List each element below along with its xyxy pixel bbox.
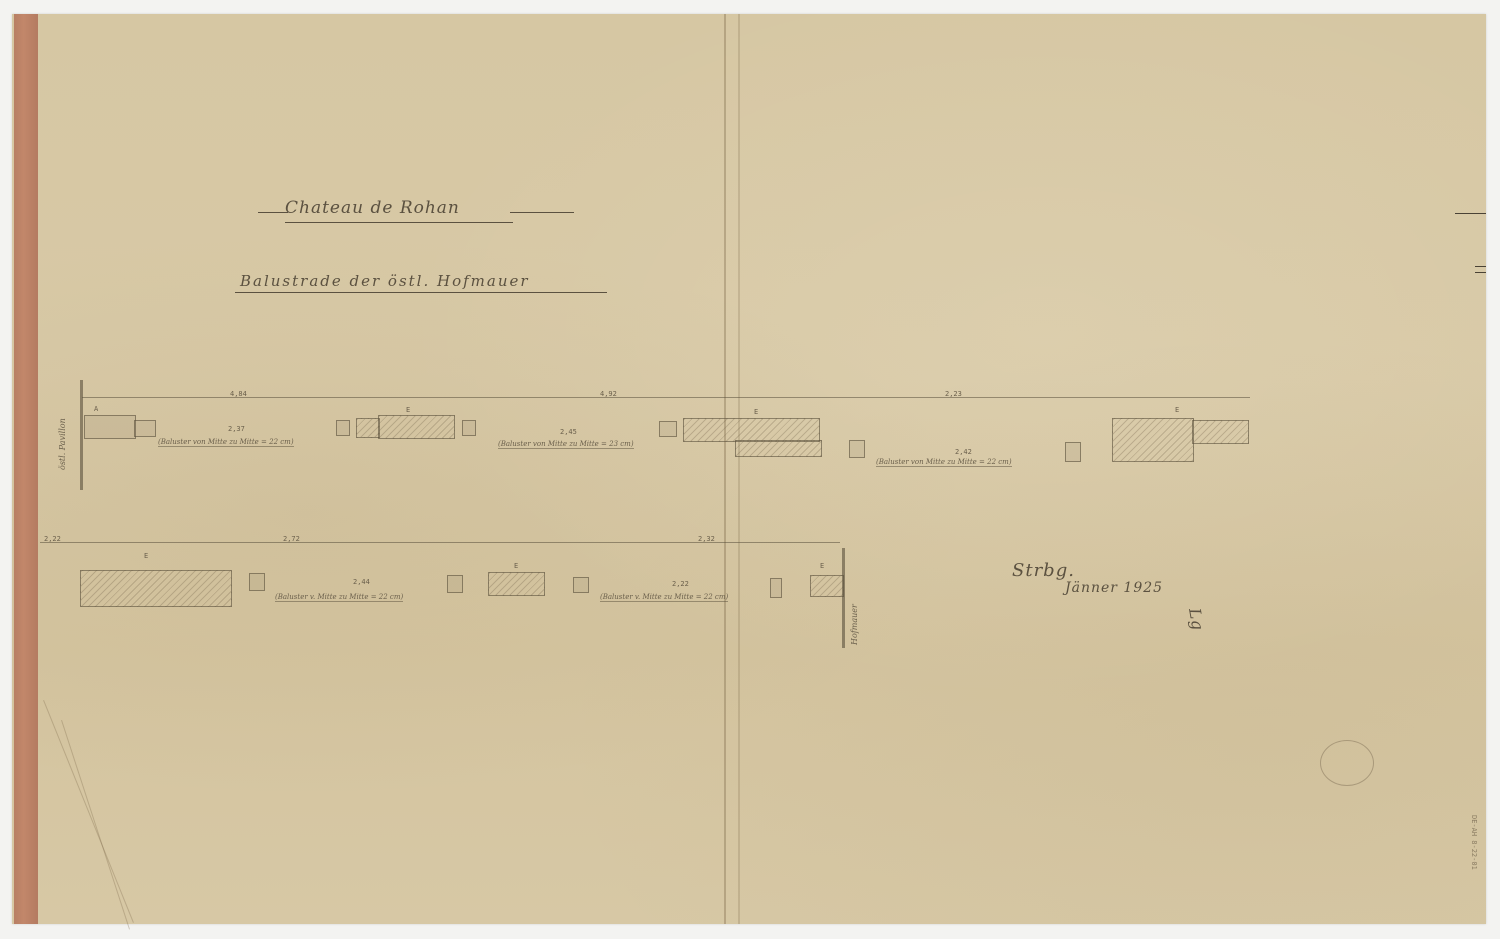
pier-block [810, 575, 844, 597]
pier-block [683, 418, 820, 442]
overall-dimension-line-row1 [82, 397, 1250, 398]
right-wall-label: Hofmauer [850, 604, 859, 645]
right-wall [842, 548, 845, 648]
segment-label: A [94, 405, 98, 413]
overall-dimension-line-row2 [40, 542, 840, 543]
dim-label: 4,84 [230, 390, 247, 398]
baluster-post [849, 440, 865, 458]
drawing-title: Chateau de Rohan [285, 198, 460, 218]
pier-block [134, 420, 156, 437]
segment-label: E [1175, 406, 1179, 414]
signature-place: Strbg. [1012, 560, 1075, 581]
pier-block [84, 415, 136, 439]
span-label: 2,22 [672, 580, 689, 588]
span-label: 2,42 [955, 448, 972, 456]
pier-block [356, 418, 380, 438]
segment-label: E [820, 562, 824, 570]
pier-block [378, 415, 455, 439]
baluster-post [1065, 442, 1081, 462]
center-fold-secondary [738, 14, 740, 924]
span-label: 2,37 [228, 425, 245, 433]
subtitle-underline [235, 292, 607, 293]
baluster-post [249, 573, 265, 591]
faint-stamp [1320, 740, 1374, 786]
baluster-spacing-note: (Baluster von Mitte zu Mitte = 23 cm) [498, 440, 634, 449]
title-rule-left [258, 212, 288, 213]
dim-label: 2,72 [283, 535, 300, 543]
title-rule-right [510, 212, 574, 213]
pier-block [488, 572, 545, 596]
dim-label: 2,23 [945, 390, 962, 398]
pier-block [735, 440, 822, 457]
signature-initials: Lg [1185, 607, 1208, 633]
signature-date: Jänner 1925 [1065, 580, 1163, 596]
left-wall-label: östl. Pavillon [58, 418, 67, 470]
edge-tick [1475, 266, 1486, 267]
center-fold [724, 14, 726, 924]
baluster-spacing-note: (Baluster von Mitte zu Mitte = 22 cm) [158, 438, 294, 447]
span-label: 2,45 [560, 428, 577, 436]
baluster-post [447, 575, 463, 593]
pier-block [80, 570, 232, 607]
segment-label: E [144, 552, 148, 560]
pier-block [1192, 420, 1249, 444]
baluster-post [573, 577, 589, 593]
archive-id: DE-AH 8-22-01 [1470, 815, 1478, 870]
baluster-spacing-note: (Baluster von Mitte zu Mitte = 22 cm) [876, 458, 1012, 467]
baluster-post [462, 420, 476, 436]
dim-label: 4,92 [600, 390, 617, 398]
dim-label: 2,32 [698, 535, 715, 543]
segment-label: E [406, 406, 410, 414]
title-underline [285, 222, 513, 223]
span-label: 2,44 [353, 578, 370, 586]
segment-label: E [754, 408, 758, 416]
drawing-sheet [12, 14, 1486, 924]
pier-block [1112, 418, 1194, 462]
drawing-subtitle: Balustrade der östl. Hofmauer [240, 272, 530, 290]
binding-strip [14, 14, 38, 924]
baluster-spacing-note: (Baluster v. Mitte zu Mitte = 22 cm) [600, 593, 728, 602]
baluster-spacing-note: (Baluster v. Mitte zu Mitte = 22 cm) [275, 593, 403, 602]
baluster-post [659, 421, 677, 437]
segment-label: E [514, 562, 518, 570]
edge-tick [1475, 272, 1486, 273]
dim-label: 2,22 [44, 535, 61, 543]
baluster-post [770, 578, 782, 598]
edge-tick [1455, 213, 1486, 214]
baluster-post [336, 420, 350, 436]
